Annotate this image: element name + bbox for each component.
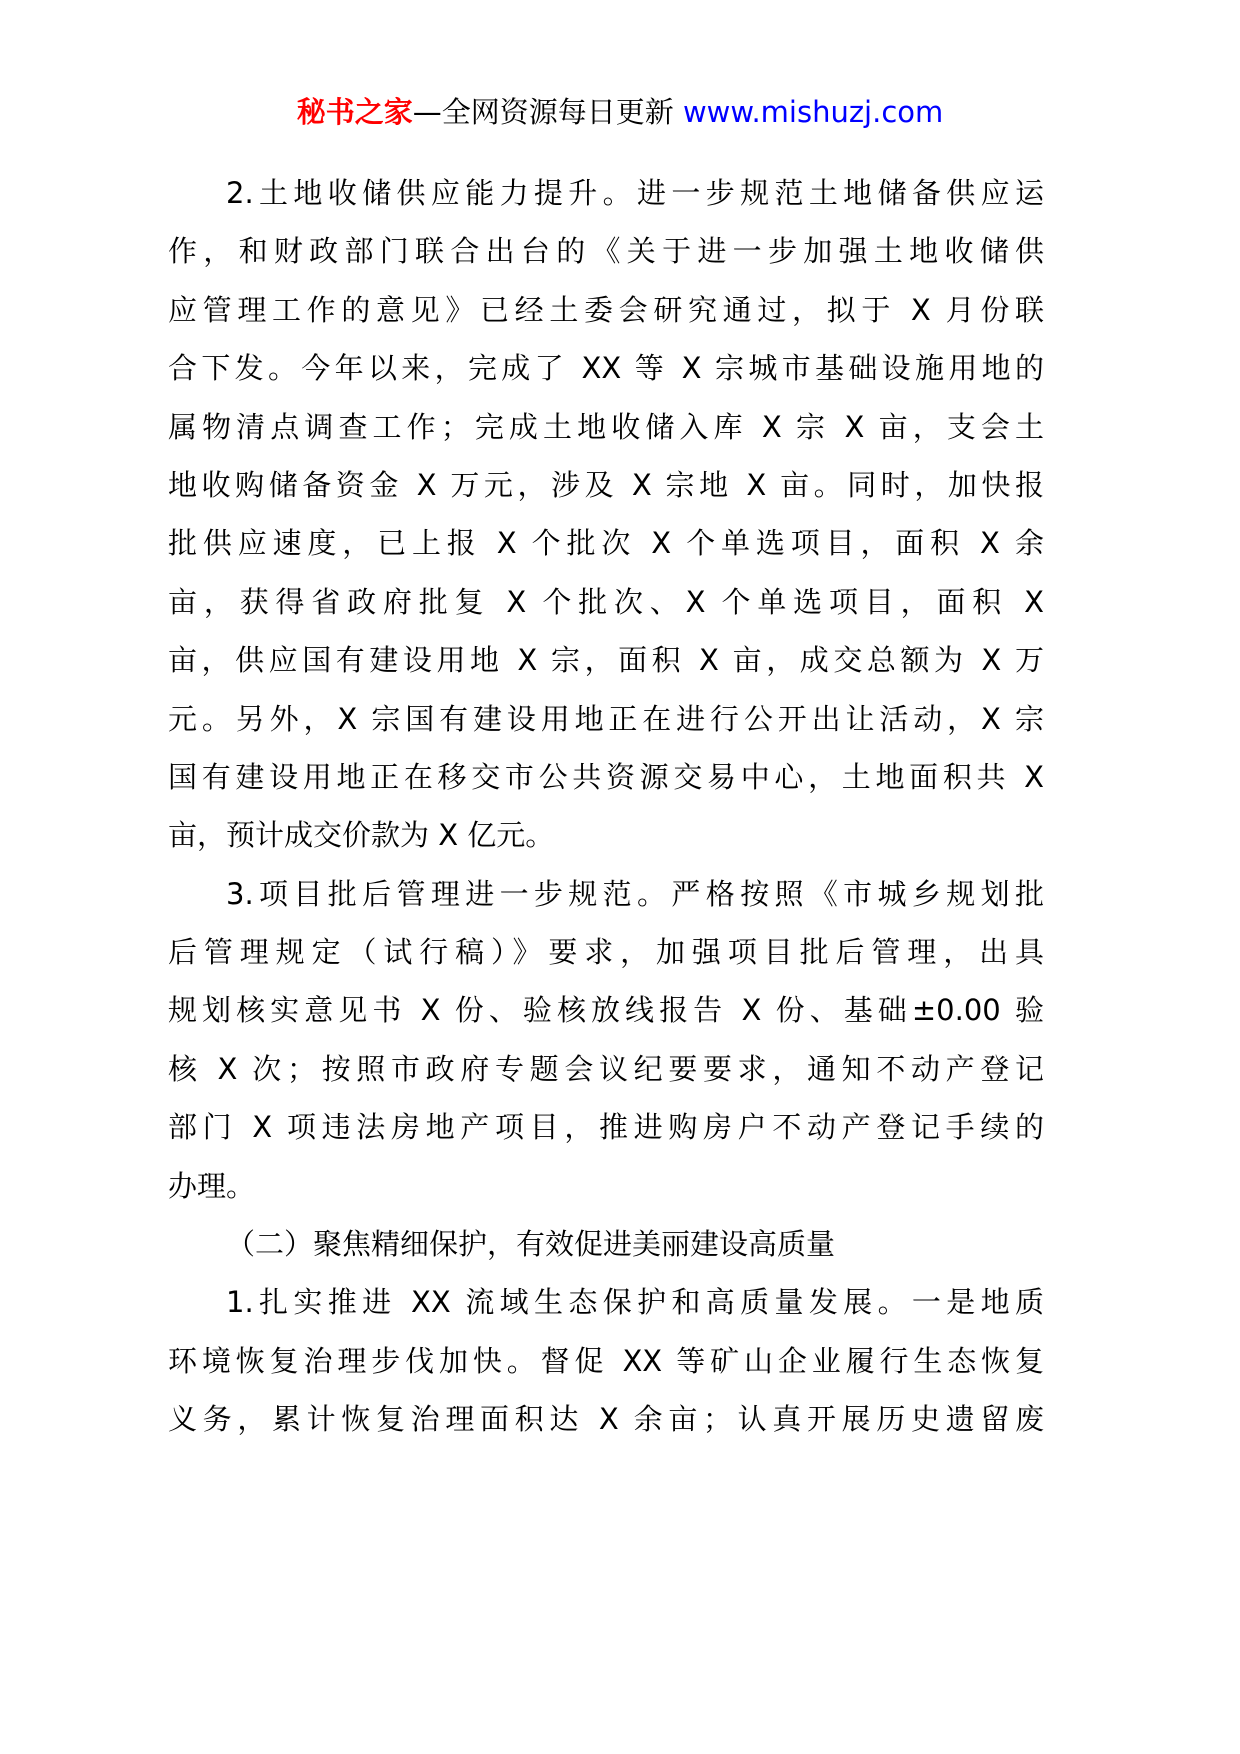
text-line: 义务，累计恢复治理面积达 X 余亩；认真开展历史遗留废 [168, 1390, 1044, 1448]
text-line: 3.项目批后管理进一步规范。严格按照《市城乡规划批 [168, 865, 1044, 923]
text-line: 1.扎实推进 XX 流域生态保护和高质量发展。一是地质 [168, 1273, 1044, 1331]
text-line: 规划核实意见书 X 份、验核放线报告 X 份、基础±0.00 验 [168, 981, 1044, 1039]
text-line: 环境恢复治理步伐加快。督促 XX 等矿山企业履行生态恢复 [168, 1332, 1044, 1390]
text-line: 办理。 [168, 1157, 1044, 1215]
text-line: 地收购储备资金 X 万元，涉及 X 宗地 X 亩。同时，加快报 [168, 456, 1044, 514]
text-line: 属物清点调查工作；完成土地收储入库 X 宗 X 亩，支会土 [168, 398, 1044, 456]
text-line: 作，和财政部门联合出台的《关于进一步加强土地收储供 [168, 222, 1044, 280]
text-line: 元。另外，X 宗国有建设用地正在进行公开出让活动，X 宗 [168, 690, 1044, 748]
text-line: 部门 X 项违法房地产项目，推进购房户不动产登记手续的 [168, 1098, 1044, 1156]
document-body: 2.土地收储供应能力提升。进一步规范土地储备供应运 作，和财政部门联合出台的《关… [168, 164, 1044, 1449]
text-line: 亩，获得省政府批复 X 个批次、X 个单选项目，面积 X [168, 573, 1044, 631]
text-line: 应管理工作的意见》已经土委会研究通过，拟于 X 月份联 [168, 281, 1044, 339]
site-header: 秘书之家—全网资源每日更新 www.mishuzj.com [0, 92, 1240, 132]
brand-name: 秘书之家 [297, 95, 413, 129]
text-line: 亩，供应国有建设用地 X 宗，面积 X 亩，成交总额为 X 万 [168, 631, 1044, 689]
text-line: 合下发。今年以来，完成了 XX 等 X 宗城市基础设施用地的 [168, 339, 1044, 397]
text-line: 国有建设用地正在移交市公共资源交易中心，土地面积共 X [168, 748, 1044, 806]
text-line: 亩，预计成交价款为 X 亿元。 [168, 806, 1044, 864]
section-heading: （二）聚焦精细保护，有效促进美丽建设高质量 [168, 1215, 1044, 1273]
header-tagline: —全网资源每日更新 [413, 95, 683, 129]
text-line: 2.土地收储供应能力提升。进一步规范土地储备供应运 [168, 164, 1044, 222]
site-url-link[interactable]: www.mishuzj.com [683, 95, 943, 129]
text-line: 后管理规定（试行稿）》要求，加强项目批后管理，出具 [168, 923, 1044, 981]
text-line: 批供应速度，已上报 X 个批次 X 个单选项目，面积 X 余 [168, 514, 1044, 572]
text-line: 核 X 次；按照市政府专题会议纪要要求，通知不动产登记 [168, 1040, 1044, 1098]
